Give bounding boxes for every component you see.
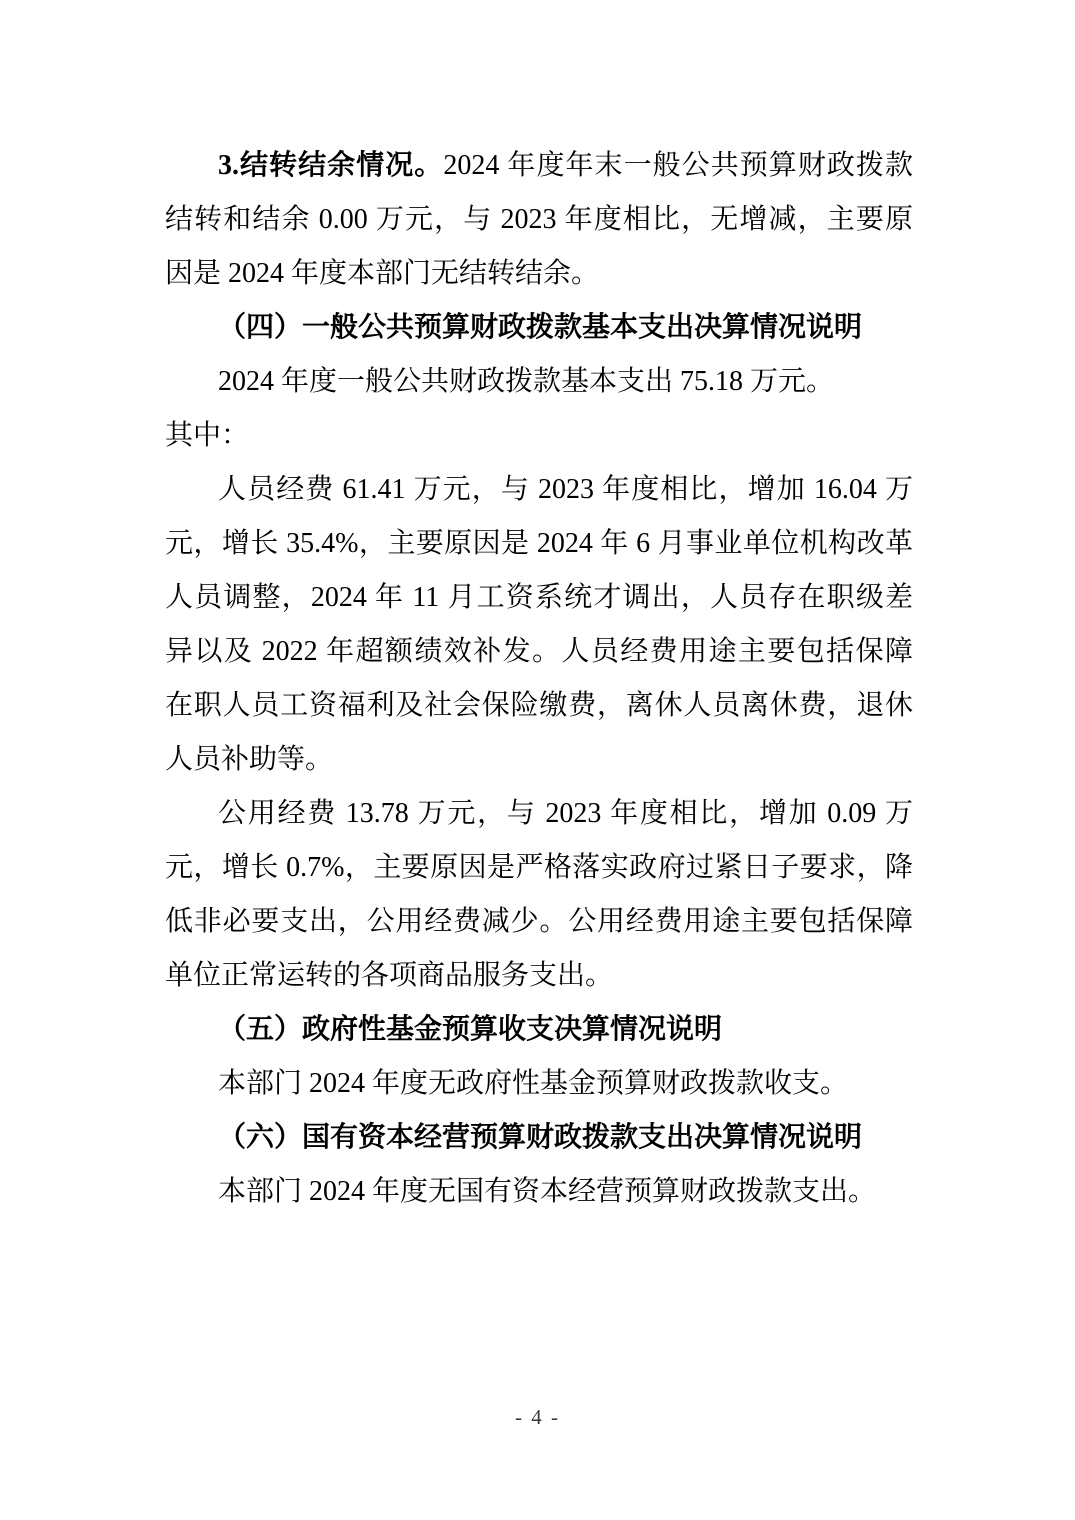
page-number: - 4 -: [0, 1402, 1075, 1432]
body-line: 单位正常运转的各项商品服务支出。: [165, 949, 913, 1003]
section-heading-5: （五）政府性基金预算收支决算情况说明: [165, 1003, 913, 1057]
document-body: 3.结转结余情况。2024 年度年末一般公共预算财政拨款 结转和结余 0.00 …: [165, 139, 913, 1219]
body-line: 其中：: [165, 409, 913, 463]
body-line: 公用经费 13.78 万元，与 2023 年度相比，增加 0.09 万: [165, 787, 913, 841]
body-line: 2024 年度一般公共财政拨款基本支出 75.18 万元。: [165, 355, 913, 409]
paragraph-lead-bold: 3.结转结余情况。: [218, 150, 443, 181]
section-heading-4: （四）一般公共预算财政拨款基本支出决算情况说明: [165, 301, 913, 355]
body-line: 异以及 2022 年超额绩效补发。人员经费用途主要包括保障: [165, 625, 913, 679]
body-line: 结转和结余 0.00 万元，与 2023 年度相比，无增减，主要原: [165, 193, 913, 247]
section-heading-6: （六）国有资本经营预算财政拨款支出决算情况说明: [165, 1111, 913, 1165]
body-line: 因是 2024 年度本部门无结转结余。: [165, 247, 913, 301]
body-line: 在职人员工资福利及社会保险缴费，离休人员离休费，退休: [165, 679, 913, 733]
document-page: 3.结转结余情况。2024 年度年末一般公共预算财政拨款 结转和结余 0.00 …: [0, 0, 1075, 1520]
body-line: 人员经费 61.41 万元，与 2023 年度相比，增加 16.04 万: [165, 463, 913, 517]
body-line: 3.结转结余情况。2024 年度年末一般公共预算财政拨款: [165, 139, 913, 193]
body-line: 人员补助等。: [165, 733, 913, 787]
body-line: 本部门 2024 年度无国有资本经营预算财政拨款支出。: [165, 1165, 913, 1219]
body-line: 元，增长 0.7%，主要原因是严格落实政府过紧日子要求，降: [165, 841, 913, 895]
body-line: 低非必要支出，公用经费减少。公用经费用途主要包括保障: [165, 895, 913, 949]
body-line: 本部门 2024 年度无政府性基金预算财政拨款收支。: [165, 1057, 913, 1111]
body-line: 元，增长 35.4%，主要原因是 2024 年 6 月事业单位机构改革: [165, 517, 913, 571]
body-line: 人员调整，2024 年 11 月工资系统才调出，人员存在职级差: [165, 571, 913, 625]
body-line-text: 2024 年度年末一般公共预算财政拨款: [443, 150, 913, 181]
